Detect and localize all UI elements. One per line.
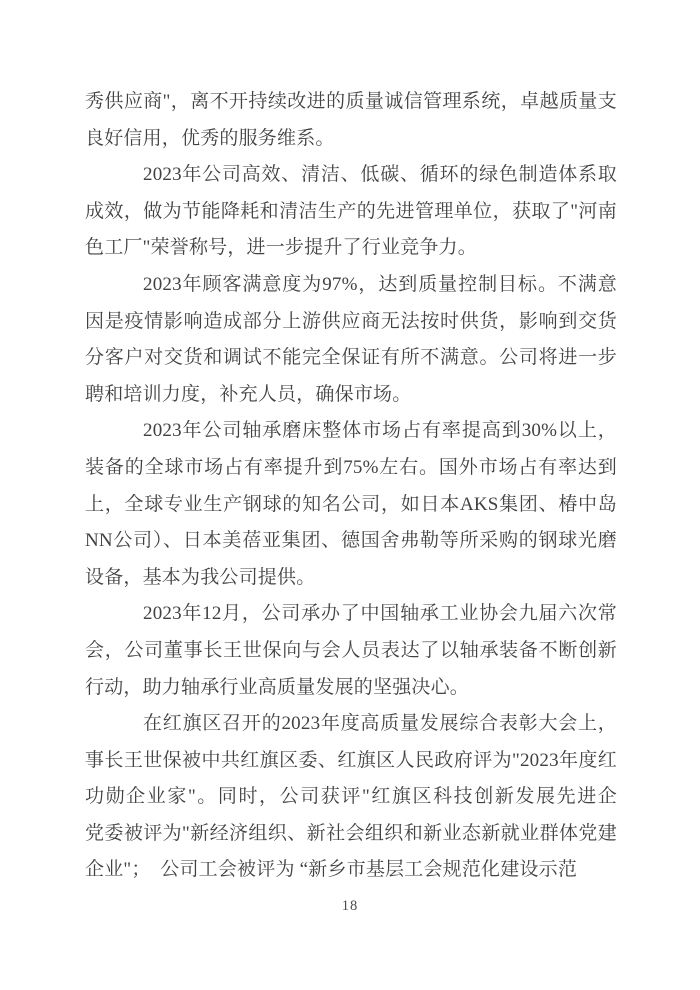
document-body: 秀供应商"，离不开持续改进的质量诚信管理系统，卓越质量支撑的良好信用，优秀的服务… (85, 84, 617, 889)
text-line: 成效，做为节能降耗和清洁生产的先进管理单位，获取了"河南省绿 (85, 194, 617, 231)
text-line: 2023年顾客满意度为97%，达到质量控制目标。不满意的主要原 (85, 267, 617, 304)
text-line: 上，全球专业生产钢球的知名公司，如日本AKS集团、椿中岛集团（含 (85, 487, 617, 524)
text-line: 企业"； 公司工会被评为 “新乡市基层工会规范化建设示范点”。 (85, 852, 617, 889)
text-line: 装备的全球市场占有率提升到75%左右。国外市场占有率达到80%以 (85, 450, 617, 487)
text-line: 2023年公司高效、清洁、低碳、循环的绿色制造体系取得一定 (85, 157, 617, 194)
text-line: 事长王世保被中共红旗区委、红旗区人民政府评为"2023年度红旗区 (85, 743, 617, 780)
text-line: 秀供应商"，离不开持续改进的质量诚信管理系统，卓越质量支撑的 (85, 84, 617, 121)
document-page: 秀供应商"，离不开持续改进的质量诚信管理系统，卓越质量支撑的良好信用，优秀的服务… (0, 0, 700, 990)
page-number: 18 (0, 894, 700, 918)
text-line: 设备，基本为我公司提供。 (85, 560, 617, 597)
text-line: 会，公司董事长王世保向与会人员表达了以轴承装备不断创新的实际 (85, 633, 617, 670)
text-line: 党委被评为"新经济组织、新社会组织和新业态新就业群体党建示范 (85, 816, 617, 853)
text-line: 在红旗区召开的2023年度高质量发展综合表彰大会上，公司董 (85, 706, 617, 743)
text-line: 功勋企业家"。同时，公司获评"红旗区科技创新发展先进企业"；公司 (85, 779, 617, 816)
text-line: 2023年公司轴承磨床整体市场占有率提高到30%以上，其中钢球 (85, 413, 617, 450)
text-line: 良好信用，优秀的服务维系。 (85, 121, 617, 158)
text-line: 色工厂"荣誉称号，进一步提升了行业竞争力。 (85, 230, 617, 267)
text-line: 因是疫情影响造成部分上游供应商无法按时供货，影响到交货期。部 (85, 304, 617, 341)
text-line: 行动，助力轴承行业高质量发展的坚强决心。 (85, 670, 617, 707)
text-line: NN公司）、日本美蓓亚集团、德国舍弗勒等所采购的钢球光磨研加工 (85, 523, 617, 560)
text-line: 聘和培训力度，补充人员，确保市场。 (85, 377, 617, 414)
text-line: 分客户对交货和调试不能完全保证有所不满意。公司将进一步加大招 (85, 340, 617, 377)
text-line: 2023年12月，公司承办了中国轴承工业协会九届六次常务理事 (85, 596, 617, 633)
